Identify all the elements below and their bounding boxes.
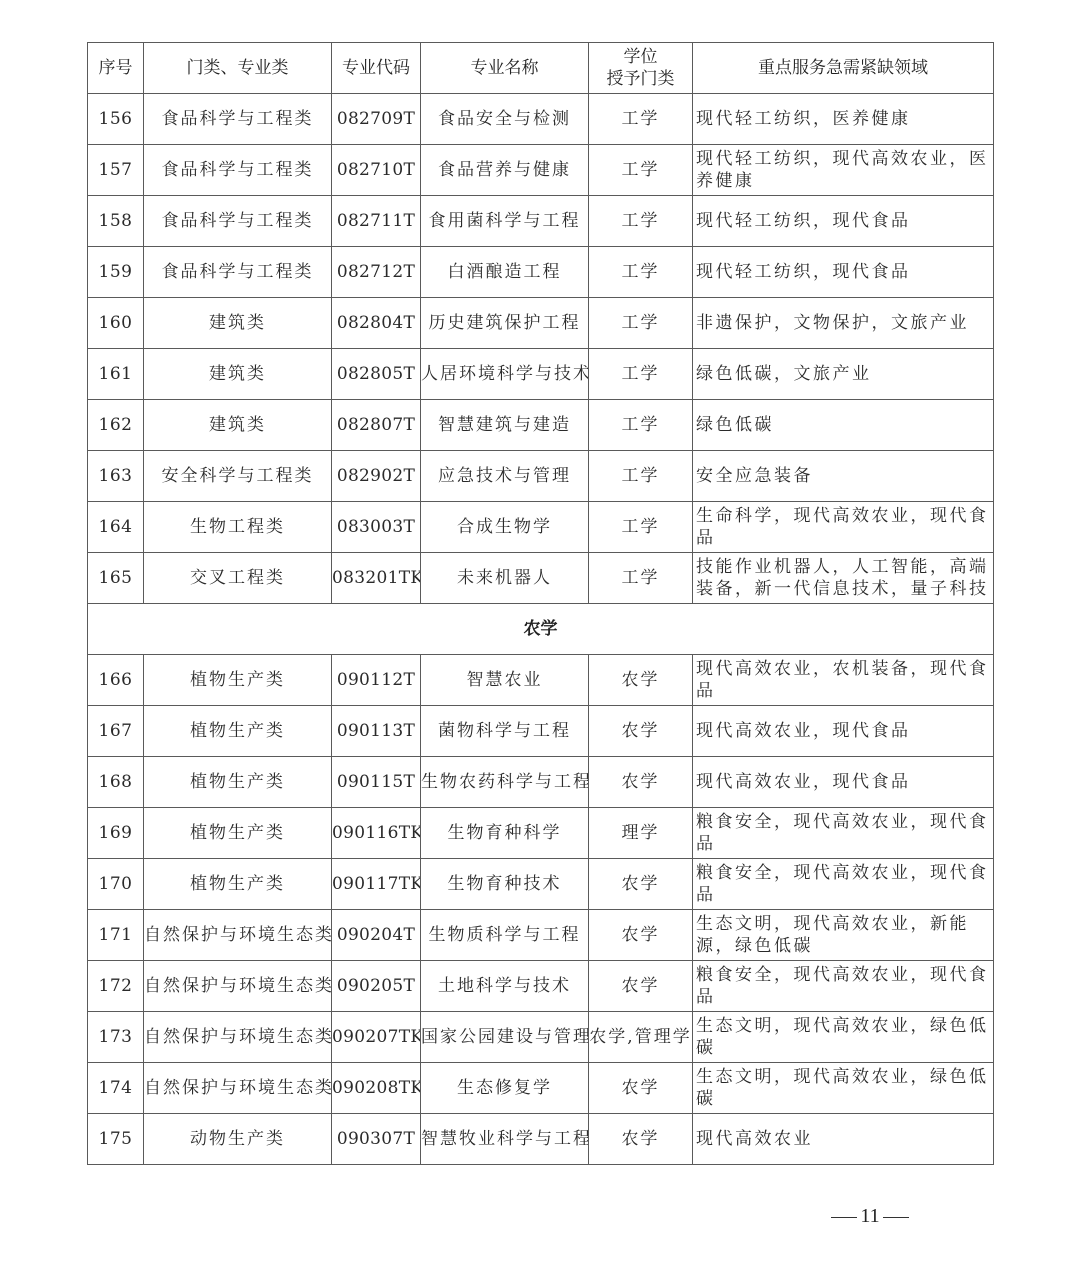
cell-category: 植物生产类 <box>144 655 332 706</box>
cell-code: 090117TK <box>332 859 421 910</box>
cell-code: 090207TK <box>332 1012 421 1063</box>
cell-degree: 工学 <box>589 94 693 145</box>
cell-degree: 工学 <box>589 247 693 298</box>
cell-num: 156 <box>88 94 144 145</box>
cell-field: 粮食安全，现代高效农业，现代食品 <box>693 859 994 910</box>
cell-category: 食品科学与工程类 <box>144 247 332 298</box>
cell-code: 082807T <box>332 400 421 451</box>
cell-name: 人居环境科学与技术 <box>421 349 589 400</box>
cell-code: 090116TK <box>332 808 421 859</box>
section-row: 农学 <box>88 604 994 655</box>
table-row: 158食品科学与工程类082711T食用菌科学与工程工学现代轻工纺织，现代食品 <box>88 196 994 247</box>
table-row: 168植物生产类090115T生物农药科学与工程农学现代高效农业，现代食品 <box>88 757 994 808</box>
header-category: 门类、专业类 <box>144 43 332 94</box>
cell-category: 植物生产类 <box>144 808 332 859</box>
cell-code: 082805T <box>332 349 421 400</box>
cell-code: 082804T <box>332 298 421 349</box>
cell-num: 158 <box>88 196 144 247</box>
cell-code: 083201TK <box>332 553 421 604</box>
cell-category: 食品科学与工程类 <box>144 94 332 145</box>
section-title: 农学 <box>88 604 994 655</box>
table-row: 159食品科学与工程类082712T白酒酿造工程工学现代轻工纺织，现代食品 <box>88 247 994 298</box>
header-code: 专业代码 <box>332 43 421 94</box>
table-body-engineering: 156食品科学与工程类082709T食品安全与检测工学现代轻工纺织，医养健康15… <box>88 94 994 604</box>
table-row: 164生物工程类083003T合成生物学工学生命科学，现代高效农业，现代食品 <box>88 502 994 553</box>
table-row: 163安全科学与工程类082902T应急技术与管理工学安全应急装备 <box>88 451 994 502</box>
header-degree-line2: 授予门类 <box>589 68 692 90</box>
header-num: 序号 <box>88 43 144 94</box>
cell-degree: 农学,管理学 <box>589 1012 693 1063</box>
cell-name: 智慧牧业科学与工程 <box>421 1114 589 1165</box>
cell-degree: 农学 <box>589 706 693 757</box>
cell-num: 169 <box>88 808 144 859</box>
cell-code: 090115T <box>332 757 421 808</box>
cell-name: 生物农药科学与工程 <box>421 757 589 808</box>
cell-num: 174 <box>88 1063 144 1114</box>
cell-num: 170 <box>88 859 144 910</box>
cell-field: 绿色低碳，文旅产业 <box>693 349 994 400</box>
cell-field: 现代轻工纺织，现代高效农业，医养健康 <box>693 145 994 196</box>
majors-table: 序号 门类、专业类 专业代码 专业名称 学位 授予门类 重点服务急需紧缺领域 1… <box>87 42 994 1165</box>
cell-category: 自然保护与环境生态类 <box>144 1012 332 1063</box>
table-row: 156食品科学与工程类082709T食品安全与检测工学现代轻工纺织，医养健康 <box>88 94 994 145</box>
table-row: 172自然保护与环境生态类090205T土地科学与技术农学粮食安全，现代高效农业… <box>88 961 994 1012</box>
cell-field: 非遗保护，文物保护，文旅产业 <box>693 298 994 349</box>
cell-name: 应急技术与管理 <box>421 451 589 502</box>
cell-name: 食品营养与健康 <box>421 145 589 196</box>
table-row: 173自然保护与环境生态类090207TK国家公园建设与管理农学,管理学生态文明… <box>88 1012 994 1063</box>
cell-category: 生物工程类 <box>144 502 332 553</box>
table-body-agriculture: 166植物生产类090112T智慧农业农学现代高效农业，农机装备，现代食品167… <box>88 655 994 1165</box>
cell-degree: 理学 <box>589 808 693 859</box>
cell-num: 165 <box>88 553 144 604</box>
dash-right <box>883 1217 909 1219</box>
table-row: 171自然保护与环境生态类090204T生物质科学与工程农学生态文明，现代高效农… <box>88 910 994 961</box>
cell-num: 175 <box>88 1114 144 1165</box>
cell-code: 090204T <box>332 910 421 961</box>
cell-degree: 工学 <box>589 400 693 451</box>
cell-category: 植物生产类 <box>144 859 332 910</box>
cell-num: 164 <box>88 502 144 553</box>
cell-code: 090112T <box>332 655 421 706</box>
cell-category: 自然保护与环境生态类 <box>144 1063 332 1114</box>
header-degree: 学位 授予门类 <box>589 43 693 94</box>
header-name: 专业名称 <box>421 43 589 94</box>
cell-num: 173 <box>88 1012 144 1063</box>
cell-name: 国家公园建设与管理 <box>421 1012 589 1063</box>
cell-category: 安全科学与工程类 <box>144 451 332 502</box>
cell-name: 白酒酿造工程 <box>421 247 589 298</box>
cell-field: 安全应急装备 <box>693 451 994 502</box>
cell-degree: 工学 <box>589 349 693 400</box>
cell-name: 食用菌科学与工程 <box>421 196 589 247</box>
cell-degree: 工学 <box>589 553 693 604</box>
table-row: 166植物生产类090112T智慧农业农学现代高效农业，农机装备，现代食品 <box>88 655 994 706</box>
cell-degree: 工学 <box>589 502 693 553</box>
cell-code: 090307T <box>332 1114 421 1165</box>
cell-field: 生态文明，现代高效农业，绿色低碳 <box>693 1063 994 1114</box>
dash-left <box>831 1217 857 1219</box>
table-row: 170植物生产类090117TK生物育种技术农学粮食安全，现代高效农业，现代食品 <box>88 859 994 910</box>
cell-code: 090113T <box>332 706 421 757</box>
cell-num: 167 <box>88 706 144 757</box>
cell-category: 自然保护与环境生态类 <box>144 910 332 961</box>
cell-name: 食品安全与检测 <box>421 94 589 145</box>
cell-name: 生物育种技术 <box>421 859 589 910</box>
table-row: 174自然保护与环境生态类090208TK生态修复学农学生态文明，现代高效农业，… <box>88 1063 994 1114</box>
cell-num: 162 <box>88 400 144 451</box>
cell-category: 建筑类 <box>144 349 332 400</box>
cell-degree: 工学 <box>589 196 693 247</box>
cell-degree: 农学 <box>589 859 693 910</box>
cell-field: 绿色低碳 <box>693 400 994 451</box>
cell-category: 植物生产类 <box>144 706 332 757</box>
table-row: 157食品科学与工程类082710T食品营养与健康工学现代轻工纺织，现代高效农业… <box>88 145 994 196</box>
cell-num: 168 <box>88 757 144 808</box>
cell-code: 082710T <box>332 145 421 196</box>
cell-category: 食品科学与工程类 <box>144 196 332 247</box>
cell-field: 生命科学，现代高效农业，现代食品 <box>693 502 994 553</box>
cell-degree: 工学 <box>589 145 693 196</box>
cell-name: 未来机器人 <box>421 553 589 604</box>
cell-code: 082709T <box>332 94 421 145</box>
table-row: 167植物生产类090113T菌物科学与工程农学现代高效农业，现代食品 <box>88 706 994 757</box>
cell-degree: 农学 <box>589 1063 693 1114</box>
cell-field: 生态文明，现代高效农业，新能源，绿色低碳 <box>693 910 994 961</box>
cell-field: 现代轻工纺织，医养健康 <box>693 94 994 145</box>
cell-degree: 农学 <box>589 1114 693 1165</box>
cell-field: 现代高效农业，现代食品 <box>693 706 994 757</box>
cell-category: 植物生产类 <box>144 757 332 808</box>
table-row: 165交叉工程类083201TK未来机器人工学技能作业机器人，人工智能，高端装备… <box>88 553 994 604</box>
cell-category: 食品科学与工程类 <box>144 145 332 196</box>
table-row: 161建筑类082805T人居环境科学与技术工学绿色低碳，文旅产业 <box>88 349 994 400</box>
table-row: 175动物生产类090307T智慧牧业科学与工程农学现代高效农业 <box>88 1114 994 1165</box>
cell-num: 161 <box>88 349 144 400</box>
cell-degree: 工学 <box>589 298 693 349</box>
cell-num: 172 <box>88 961 144 1012</box>
page-number: 11 <box>820 1205 920 1228</box>
cell-num: 166 <box>88 655 144 706</box>
cell-category: 自然保护与环境生态类 <box>144 961 332 1012</box>
cell-code: 090208TK <box>332 1063 421 1114</box>
cell-name: 菌物科学与工程 <box>421 706 589 757</box>
header-field: 重点服务急需紧缺领域 <box>693 43 994 94</box>
cell-num: 160 <box>88 298 144 349</box>
cell-field: 粮食安全，现代高效农业，现代食品 <box>693 961 994 1012</box>
header-degree-line1: 学位 <box>589 46 692 68</box>
cell-degree: 农学 <box>589 655 693 706</box>
cell-name: 生态修复学 <box>421 1063 589 1114</box>
cell-name: 智慧农业 <box>421 655 589 706</box>
table-row: 160建筑类082804T历史建筑保护工程工学非遗保护，文物保护，文旅产业 <box>88 298 994 349</box>
cell-code: 090205T <box>332 961 421 1012</box>
cell-degree: 农学 <box>589 910 693 961</box>
cell-code: 082902T <box>332 451 421 502</box>
cell-name: 历史建筑保护工程 <box>421 298 589 349</box>
cell-field: 现代轻工纺织，现代食品 <box>693 196 994 247</box>
cell-name: 智慧建筑与建造 <box>421 400 589 451</box>
cell-degree: 工学 <box>589 451 693 502</box>
cell-degree: 农学 <box>589 961 693 1012</box>
cell-num: 163 <box>88 451 144 502</box>
cell-name: 生物育种科学 <box>421 808 589 859</box>
table-row: 162建筑类082807T智慧建筑与建造工学绿色低碳 <box>88 400 994 451</box>
cell-num: 171 <box>88 910 144 961</box>
cell-field: 现代高效农业，农机装备，现代食品 <box>693 655 994 706</box>
cell-name: 生物质科学与工程 <box>421 910 589 961</box>
cell-category: 建筑类 <box>144 298 332 349</box>
cell-code: 082712T <box>332 247 421 298</box>
cell-field: 生态文明，现代高效农业，绿色低碳 <box>693 1012 994 1063</box>
cell-name: 合成生物学 <box>421 502 589 553</box>
cell-num: 157 <box>88 145 144 196</box>
cell-field: 现代轻工纺织，现代食品 <box>693 247 994 298</box>
cell-category: 动物生产类 <box>144 1114 332 1165</box>
cell-field: 粮食安全，现代高效农业，现代食品 <box>693 808 994 859</box>
page-number-value: 11 <box>860 1205 879 1227</box>
table-row: 169植物生产类090116TK生物育种科学理学粮食安全，现代高效农业，现代食品 <box>88 808 994 859</box>
cell-degree: 农学 <box>589 757 693 808</box>
cell-num: 159 <box>88 247 144 298</box>
cell-field: 技能作业机器人，人工智能，高端装备，新一代信息技术，量子科技 <box>693 553 994 604</box>
cell-category: 交叉工程类 <box>144 553 332 604</box>
cell-category: 建筑类 <box>144 400 332 451</box>
section-agriculture: 农学 <box>88 604 994 655</box>
cell-name: 土地科学与技术 <box>421 961 589 1012</box>
cell-code: 083003T <box>332 502 421 553</box>
cell-field: 现代高效农业 <box>693 1114 994 1165</box>
cell-field: 现代高效农业，现代食品 <box>693 757 994 808</box>
table-header-row: 序号 门类、专业类 专业代码 专业名称 学位 授予门类 重点服务急需紧缺领域 <box>88 43 994 94</box>
cell-code: 082711T <box>332 196 421 247</box>
